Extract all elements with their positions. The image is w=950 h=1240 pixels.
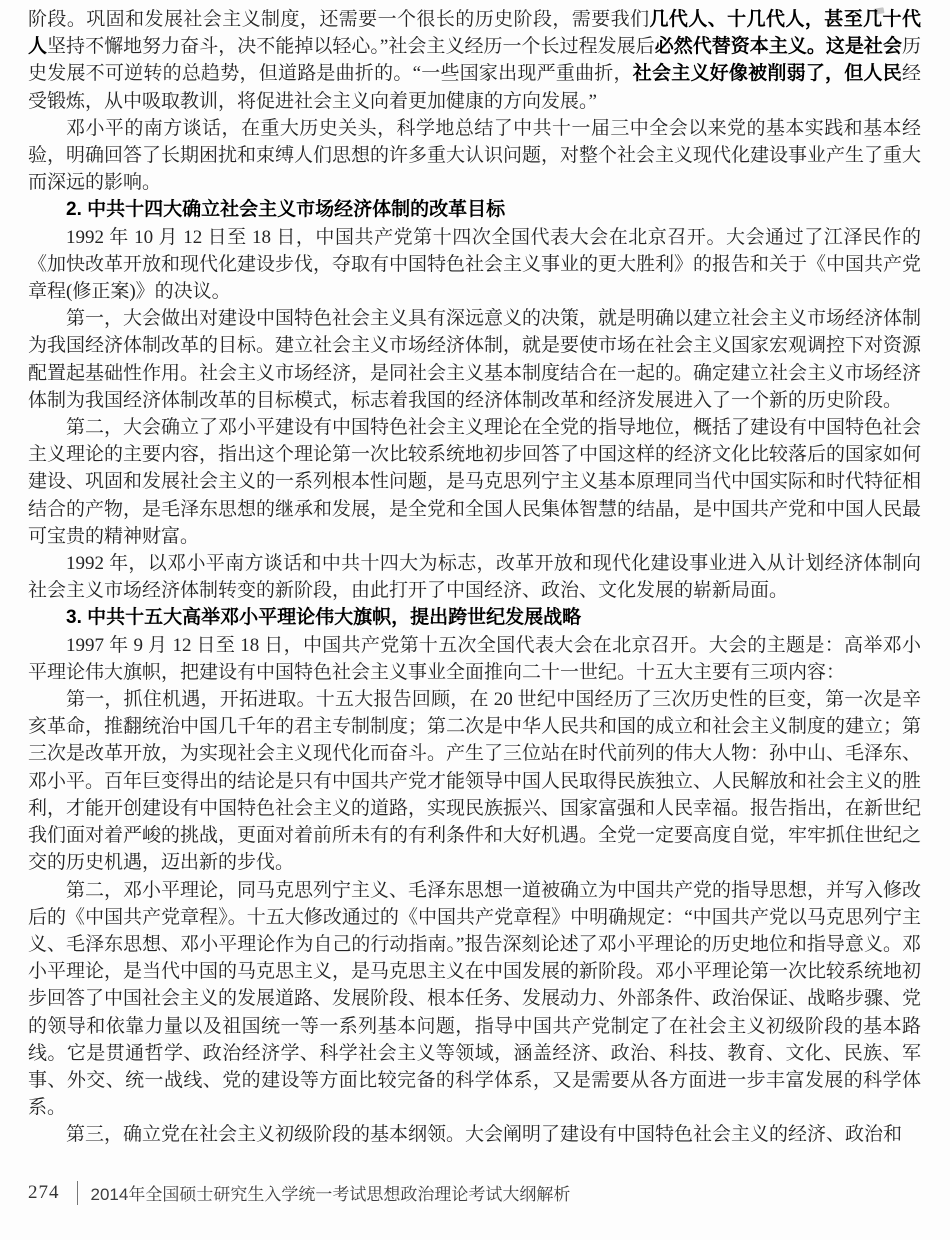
paragraph: 邓小平的南方谈话，在重大历史关头，科学地总结了中共十一届三中全会以来党的基本实践… xyxy=(28,115,921,197)
text-run: 阶段。巩固和发展社会主义制度，还需要一个很长的历史阶段，需要我们 xyxy=(28,9,650,30)
text-run: 1992 年，以邓小平南方谈话和中共十四大为标志，改革开放和现代化建设事业进入从… xyxy=(28,553,921,601)
text-run: 第三，确立党在社会主义初级阶段的基本纲领。大会阐明了建设有中国特色社会主义的经济… xyxy=(66,1124,902,1145)
book-title: 2014年全国硕士研究生入学统一考试思想政治理论考试大纲解析 xyxy=(91,1180,571,1205)
scanned-book-page: 阶段。巩固和发展社会主义制度，还需要一个很长的历史阶段，需要我们几代人、十几代人… xyxy=(0,0,950,1240)
page-footer: 274 2014年全国硕士研究生入学统一考试思想政治理论考试大纲解析 xyxy=(28,1180,570,1205)
paragraph: 第三，确立党在社会主义初级阶段的基本纲领。大会阐明了建设有中国特色社会主义的经济… xyxy=(28,1121,921,1148)
paragraph: 第一，大会做出对建设中国特色社会主义具有深远意义的决策，就是明确以建立社会主义市… xyxy=(28,305,921,414)
text-run: 1992 年 10 月 12 日至 18 日，中国共产党第十四次全国代表大会在北… xyxy=(28,227,921,302)
paragraph: 1992 年，以邓小平南方谈话和中共十四大为标志，改革开放和现代化建设事业进入从… xyxy=(28,550,921,604)
paragraph: 1997 年 9 月 12 日至 18 日，中国共产党第十五次全国代表大会在北京… xyxy=(28,632,921,686)
text-column: 阶段。巩固和发展社会主义制度，还需要一个很长的历史阶段，需要我们几代人、十几代人… xyxy=(28,6,921,1149)
paragraph: 1992 年 10 月 12 日至 18 日，中国共产党第十四次全国代表大会在北… xyxy=(28,224,921,306)
paragraph: 阶段。巩固和发展社会主义制度，还需要一个很长的历史阶段，需要我们几代人、十几代人… xyxy=(28,6,921,115)
footer-divider xyxy=(77,1181,78,1205)
text-run: 第一，抓住机遇，开拓进取。十五大报告回顾，在 20 世纪中国经历了三次历史性的巨… xyxy=(28,689,921,873)
text-run: 邓小平的南方谈话，在重大历史关头，科学地总结了中共十一届三中全会以来党的基本实践… xyxy=(28,118,921,193)
emphasized-text: 3. 中共十五大高举邓小平理论伟大旗帜，提出跨世纪发展战略 xyxy=(66,607,581,628)
emphasized-text: 必然代替资本主义。这是社会 xyxy=(655,36,902,57)
emphasized-text: 2. 中共十四大确立社会主义市场经济体制的改革目标 xyxy=(66,199,505,220)
emphasized-text: 社会主义好像被削弱了，但人民 xyxy=(633,63,902,84)
paragraph: 第一，抓住机遇，开拓进取。十五大报告回顾，在 20 世纪中国经历了三次历史性的巨… xyxy=(28,686,921,876)
paragraph: 第二，邓小平理论，同马克思列宁主义、毛泽东思想一道被确立为中国共产党的指导思想，… xyxy=(28,877,921,1122)
section-heading: 3. 中共十五大高举邓小平理论伟大旗帜，提出跨世纪发展战略 xyxy=(28,604,921,631)
page-number: 274 xyxy=(28,1182,60,1204)
paragraph: 第二，大会确立了邓小平建设有中国特色社会主义理论在全党的指导地位，概括了建设有中… xyxy=(28,414,921,550)
text-run: 坚持不懈地努力奋斗，决不能掉以轻心。”社会主义经历一个长过程发展后 xyxy=(47,36,655,57)
text-run: 第一，大会做出对建设中国特色社会主义具有深远意义的决策，就是明确以建立社会主义市… xyxy=(28,308,921,411)
section-heading: 2. 中共十四大确立社会主义市场经济体制的改革目标 xyxy=(28,196,921,223)
text-run: 第二，大会确立了邓小平建设有中国特色社会主义理论在全党的指导地位，概括了建设有中… xyxy=(28,417,921,547)
text-run: 第二，邓小平理论，同马克思列宁主义、毛泽东思想一道被确立为中国共产党的指导思想，… xyxy=(28,880,921,1119)
text-run: 1997 年 9 月 12 日至 18 日，中国共产党第十五次全国代表大会在北京… xyxy=(28,635,921,683)
